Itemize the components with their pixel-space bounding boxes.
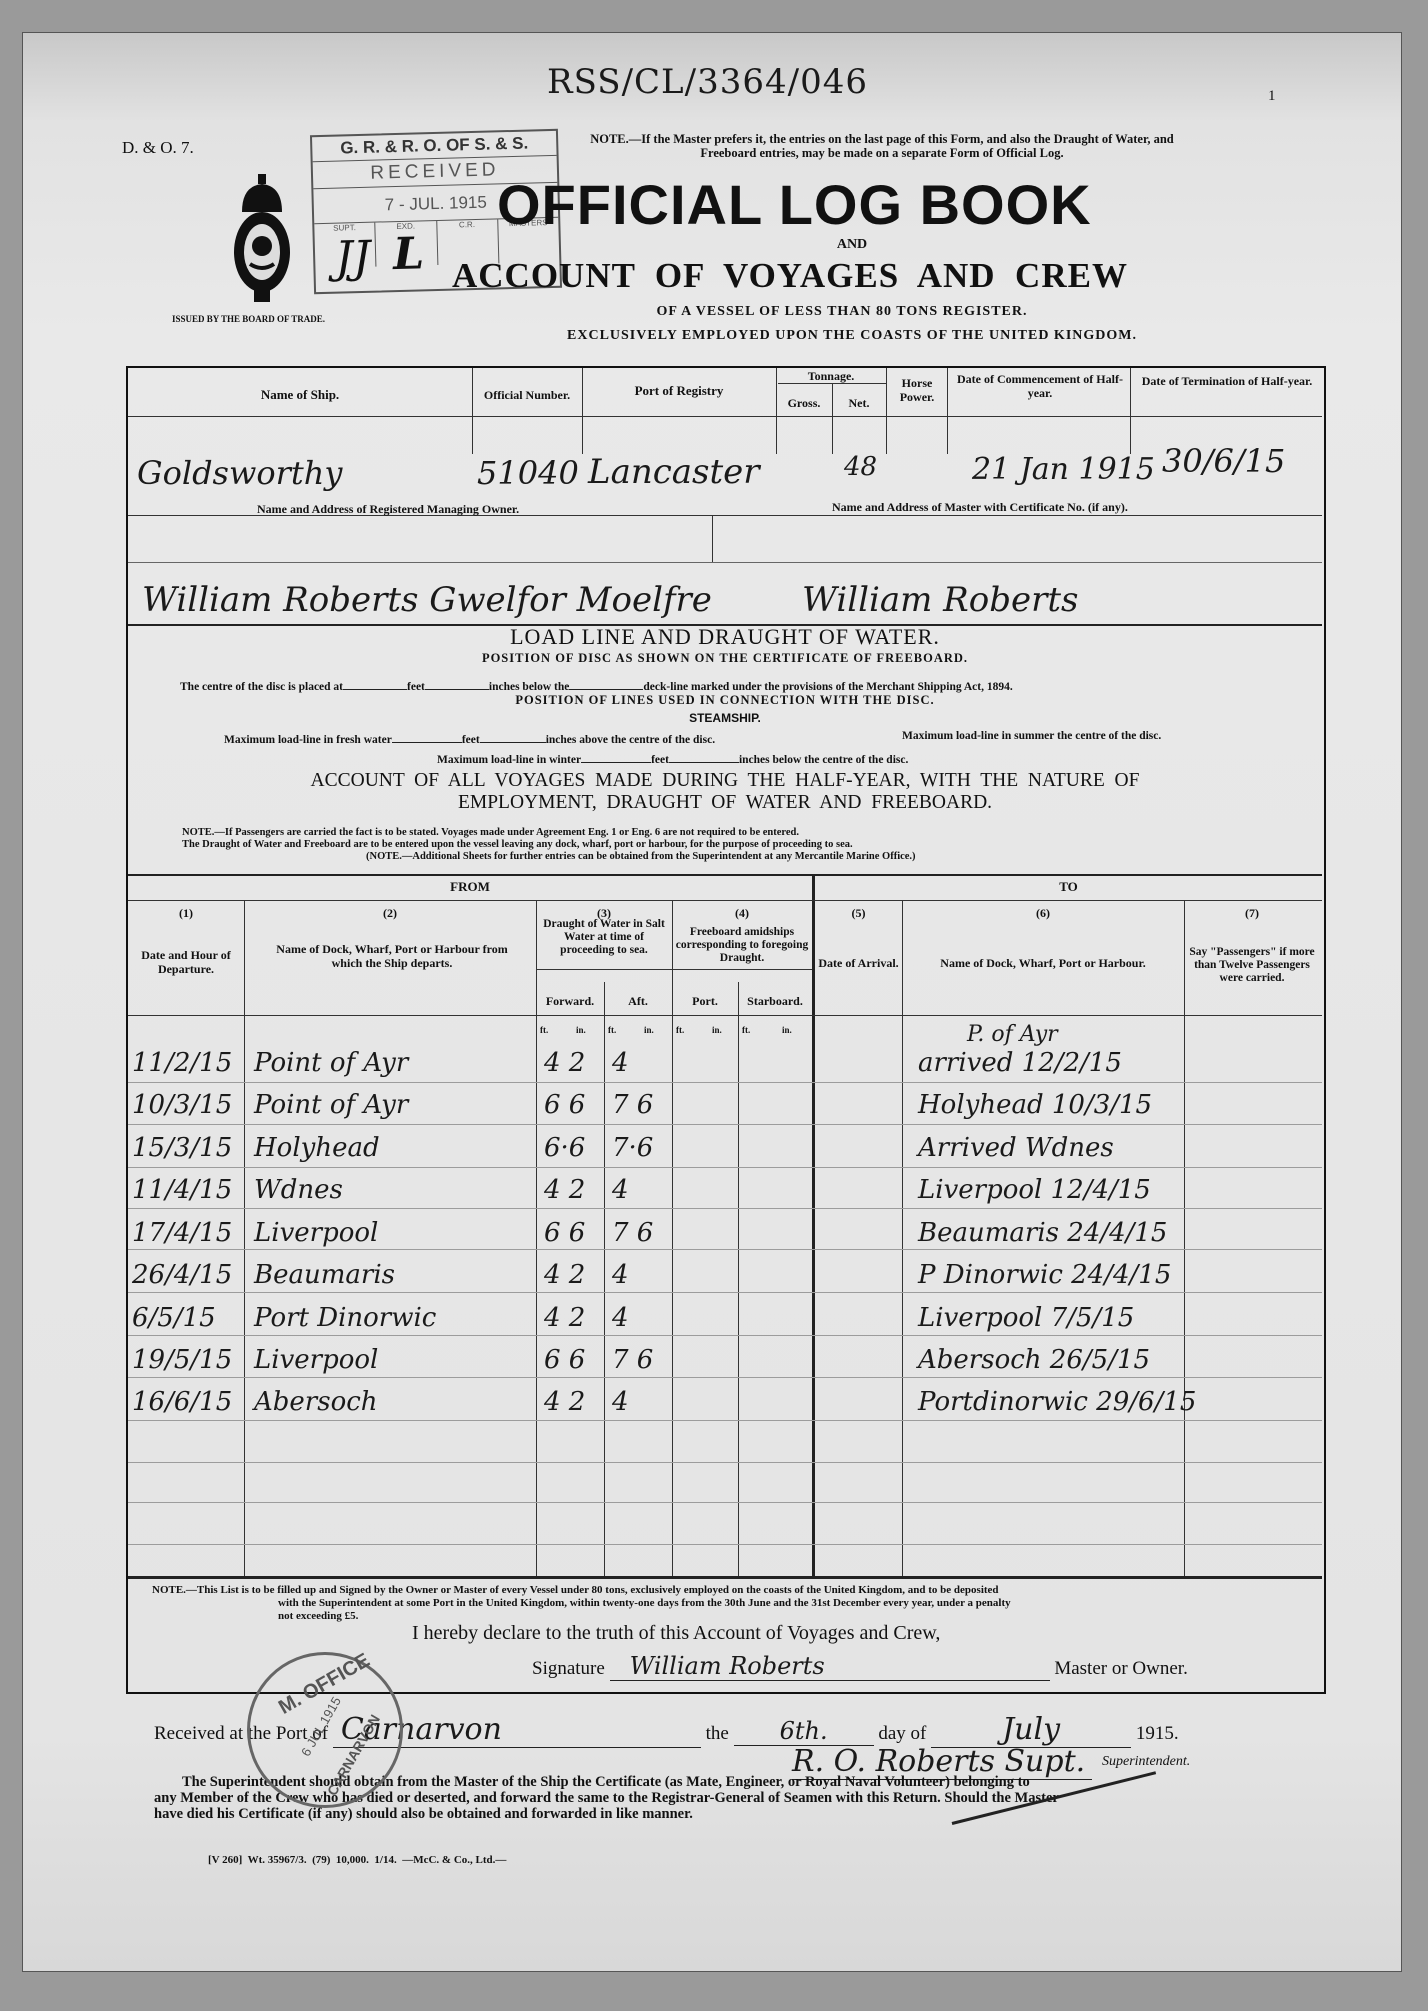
winter-feet-field[interactable]: [581, 750, 651, 763]
main-form-frame: [126, 366, 1326, 1694]
col4-num: (4): [672, 906, 812, 920]
stamp-initial-2: L: [392, 228, 424, 280]
vessel-line: OF A VESSEL OF LESS THAN 80 TONS REGISTE…: [482, 304, 1202, 320]
ship-name-value: Goldsworthy: [137, 454, 342, 492]
footer-note-1: NOTE.—This List is to be filled up and S…: [152, 1584, 999, 1597]
summer-line: Maximum load-line in summer the centre o…: [902, 730, 1161, 743]
issued-by: ISSUED BY THE BOARD OF TRADE.: [172, 314, 325, 324]
declaration-text: I hereby declare to the truth of this Ac…: [412, 1622, 940, 1645]
fresh-water-line: Maximum load-line in fresh waterfeetinch…: [224, 730, 715, 747]
col3-forward: Forward.: [536, 994, 604, 1008]
disc-deck-field[interactable]: [569, 677, 643, 690]
superintendent-label: Superintendent.: [1102, 1754, 1190, 1770]
disc-heading: POSITION OF DISC AS SHOWN ON THE CERTIFI…: [128, 652, 1322, 665]
form-code: D. & O. 7.: [122, 138, 194, 158]
log-book-page: RSS/CL/3364/046 1 D. & O. 7. ISSUED BY T…: [22, 32, 1402, 1972]
header-net: Net.: [832, 396, 886, 410]
disc-position-line: The centre of the disc is placed atfeeti…: [180, 677, 1013, 694]
footer-note-2: with the Superintendent at some Port in …: [278, 1597, 1011, 1610]
disc-inches-field[interactable]: [425, 677, 489, 690]
stamp-initial-1: JJ: [335, 232, 372, 284]
col5-num: (5): [815, 906, 902, 920]
voyages-note-3: (NOTE.—Additional Sheets for further ent…: [366, 850, 916, 863]
instruction-3: have died his Certificate (if any) shoul…: [154, 1806, 693, 1823]
owner-value: William Roberts Gwelfor Moelfre: [142, 580, 712, 620]
master-label: Name and Address of Master with Certific…: [832, 500, 1128, 514]
voyages-title-line2: EMPLOYMENT, DRAUGHT OF WATER AND FREEBOA…: [128, 792, 1322, 814]
commencement-value: 21 Jan 1915: [972, 452, 1155, 487]
header-official-number: Official Number.: [472, 388, 582, 402]
col1-num: (1): [128, 906, 244, 920]
col2-header: Name of Dock, Wharf, Port or Harbour fro…: [272, 942, 512, 970]
document-subtitle: ACCOUNT OF VOYAGES AND CREW: [452, 256, 1128, 296]
col4-port: Port.: [672, 994, 738, 1008]
from-to-divider: [812, 874, 815, 1576]
col1-header: Date and Hour of Departure.: [132, 948, 240, 976]
net-tonnage-value: 48: [844, 452, 877, 482]
port-of-registry-value: Lancaster: [588, 452, 760, 492]
signature-line: Signature William Roberts Master or Owne…: [532, 1652, 1188, 1681]
footer-note-3: not exceeding £5.: [278, 1610, 358, 1623]
header-termination: Date of Termination of Half-year.: [1134, 374, 1320, 388]
col3-aft: Aft.: [604, 994, 672, 1008]
header-name-of-ship: Name of Ship.: [128, 388, 472, 402]
col3-header: Draught of Water in Salt Water at time o…: [538, 918, 670, 957]
header-commencement: Date of Commencement of Half-year.: [952, 372, 1128, 400]
voyages-title-line1: ACCOUNT OF ALL VOYAGES MADE DURING THE H…: [128, 770, 1322, 792]
title-and: AND: [802, 237, 902, 253]
lines-heading: POSITION OF LINES USED IN CONNECTION WIT…: [128, 694, 1322, 707]
from-heading: FROM: [128, 880, 812, 894]
royal-crest-icon: [232, 172, 292, 322]
top-note: NOTE.—If the Master prefers it, the entr…: [482, 132, 1282, 160]
to-heading: TO: [815, 880, 1322, 894]
col6-header: Name of Dock, Wharf, Port or Harbour.: [927, 956, 1159, 970]
month-value[interactable]: July: [931, 1712, 1131, 1748]
col5-header: Date of Arrival.: [817, 956, 900, 970]
col6-num: (6): [902, 906, 1184, 920]
fresh-inches-field[interactable]: [480, 730, 546, 743]
fresh-feet-field[interactable]: [392, 730, 462, 743]
page-number: 1: [1268, 88, 1276, 105]
steamship-heading: STEAMSHIP.: [128, 712, 1322, 725]
col2-num: (2): [244, 906, 536, 920]
termination-value: 30/6/15: [1162, 442, 1285, 480]
winter-line: Maximum load-line in winterfeetinches be…: [437, 750, 908, 767]
load-line-title: LOAD LINE AND DRAUGHT OF WATER.: [128, 624, 1322, 650]
office-stamp: M. OFFICE 6 JUL 1915 CARNARVON: [247, 1652, 403, 1808]
printer-line: [V 260] Wt. 35967/3. (79) 10,000. 1/14. …: [208, 1854, 506, 1866]
col7-num: (7): [1184, 906, 1320, 920]
header-port-of-registry: Port of Registry: [582, 384, 776, 398]
header-tonnage: Tonnage.: [776, 369, 886, 383]
col4-starboard: Starboard.: [738, 994, 812, 1008]
day-value[interactable]: 6th.: [734, 1717, 874, 1746]
owner-label: Name and Address of Registered Managing …: [257, 502, 519, 516]
employment-line: EXCLUSIVELY EMPLOYED UPON THE COASTS OF …: [492, 328, 1212, 344]
document-title: OFFICIAL LOG BOOK: [497, 172, 1092, 237]
disc-feet-field[interactable]: [343, 677, 407, 690]
signature-value[interactable]: William Roberts: [610, 1652, 1050, 1681]
master-value: William Roberts: [802, 580, 1078, 620]
col7-header: Say "Passengers" if more than Twelve Pas…: [1188, 946, 1316, 985]
archive-reference: RSS/CL/3364/046: [547, 62, 868, 102]
official-number-value: 51040: [477, 454, 579, 492]
header-horse-power: Horse Power.: [888, 376, 946, 404]
winter-inches-field[interactable]: [669, 750, 739, 763]
col4-header: Freeboard amidships corresponding to for…: [674, 926, 810, 965]
header-gross: Gross.: [776, 396, 832, 410]
